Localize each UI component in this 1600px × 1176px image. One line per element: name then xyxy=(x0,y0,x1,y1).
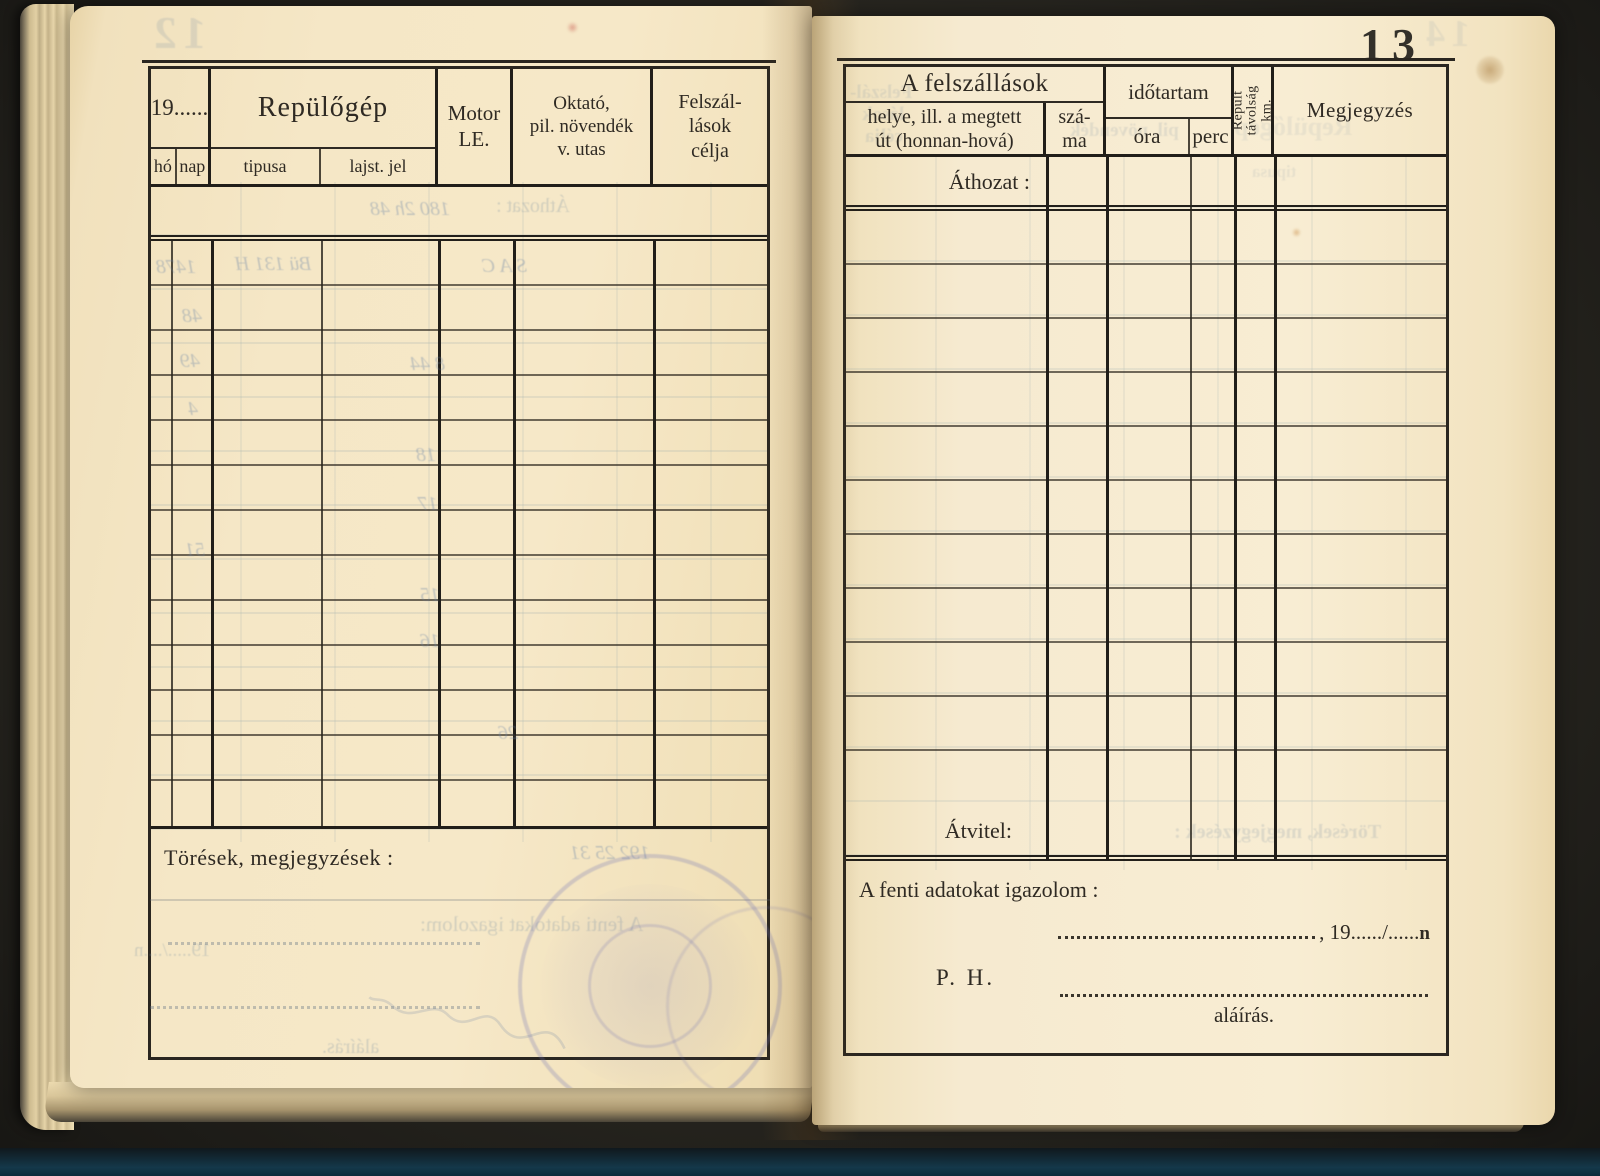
bleed-handwriting: 16 xyxy=(420,630,440,653)
page-right: 13 14 Felszál- lások célja pil. növendék… xyxy=(812,16,1555,1125)
place-line1: helye, ill. a megtett xyxy=(868,105,1022,129)
breakages-label: Törések, megjegyzések : xyxy=(164,845,394,871)
bleed-handwriting: 48 xyxy=(182,305,202,328)
logbook-row xyxy=(846,265,1446,319)
bleed-handwriting: S A C xyxy=(482,255,527,278)
logbook-row xyxy=(151,466,767,511)
distance-line2: távolság xyxy=(1245,66,1259,154)
logbook-row xyxy=(151,511,767,556)
right-table: A felszállások helye, ill. a megtett út … xyxy=(843,64,1449,1056)
stain-spot xyxy=(567,22,578,33)
logbook-row xyxy=(151,646,767,691)
logbook-row xyxy=(846,697,1446,751)
logbook-row xyxy=(151,421,767,466)
count-line2: ma xyxy=(1062,129,1086,153)
logbook-row xyxy=(846,751,1446,805)
left-carry-row: Áthozat : xyxy=(151,187,767,241)
logbook-row xyxy=(846,481,1446,535)
stain-spot xyxy=(1476,56,1504,84)
logbook-row xyxy=(846,373,1446,427)
logbook-row xyxy=(846,319,1446,373)
bleed-carry-label: Áthozat : xyxy=(496,195,570,218)
bleed-handwriting: 51 xyxy=(185,539,205,562)
right-table-header: A felszállások helye, ill. a megtett út … xyxy=(846,67,1446,157)
column-occupant: Oktató, pil. növendék v. utas xyxy=(513,69,653,184)
signature-label: aláírás. xyxy=(1060,1003,1428,1028)
stain-spot xyxy=(1292,228,1301,237)
column-purpose: Felszál- lások célja xyxy=(653,69,767,184)
logbook-row xyxy=(846,211,1446,265)
carry-forward-row: Áthozat : xyxy=(846,157,1446,211)
motor-hp-label: LE. xyxy=(459,127,490,153)
day-label: nap xyxy=(177,149,208,184)
page-stack-left-edge xyxy=(20,4,74,1130)
column-airplane: Repülőgép tipusa lajst. jel xyxy=(211,69,438,184)
logbook-row xyxy=(151,376,767,421)
left-table-header: 19...... hó nap Repülőgép tipusa lajst. … xyxy=(151,69,767,187)
logbook-row xyxy=(151,781,767,826)
minutes-label: perc xyxy=(1190,119,1231,154)
logbook-row xyxy=(151,556,767,601)
hours-label: óra xyxy=(1106,119,1190,154)
page-stack-bottom-left xyxy=(43,1082,815,1122)
bleed-handwriting: 26 xyxy=(498,722,518,745)
count-line1: szá- xyxy=(1058,105,1090,129)
occupant-line3: v. utas xyxy=(557,138,605,161)
purpose-line1: Felszál- xyxy=(678,90,741,114)
column-distance: Repült távolság km. xyxy=(1234,67,1274,154)
bleed-handwriting: 49 xyxy=(180,350,200,373)
bleed-handwriting: 4 xyxy=(188,398,198,421)
occupant-line2: pil. növendék xyxy=(530,115,633,138)
bleed-breakages-label: Törések, megjegyzések : xyxy=(1174,821,1381,844)
place-label: helye, ill. a megtett út (honnan-hová) xyxy=(846,103,1046,154)
column-remarks: Megjegyzés xyxy=(1274,67,1446,154)
logbook-row xyxy=(846,535,1446,589)
column-motor: Motor LE. xyxy=(438,69,513,184)
registration-label: lajst. jel xyxy=(321,149,435,184)
occupant-line1: Oktató, xyxy=(553,92,609,115)
takeoffs-subheader: helye, ill. a megtett út (honnan-hová) s… xyxy=(846,103,1103,154)
dotted-leader xyxy=(1058,919,1315,939)
logbook-row xyxy=(846,643,1446,697)
bleed-page-number-12: 12 xyxy=(148,6,206,59)
place-date-line: , 19....../......n xyxy=(1058,919,1430,945)
carry-forward-label: Áthozat : xyxy=(846,157,1046,205)
month-label: hó xyxy=(151,149,177,184)
bleed-page-number-14: 14 xyxy=(1420,16,1470,56)
date-text: , 19....../......n xyxy=(1319,920,1430,945)
remarks-label: Megjegyzés xyxy=(1307,98,1413,123)
logbook-row xyxy=(151,286,767,331)
bleed-handwriting: 8 44 xyxy=(410,353,445,376)
carry-over-label: Átvitel: xyxy=(846,805,1046,855)
type-label: tipusa xyxy=(211,149,321,184)
distance-label-rotated: Repült távolság km. xyxy=(1231,66,1274,154)
certification-section: A fenti adatokat igazolom : , 19....../.… xyxy=(846,861,1446,1053)
bleed-handwriting: 15 xyxy=(420,584,440,607)
logbook-row xyxy=(846,427,1446,481)
distance-line1: Repült xyxy=(1231,66,1245,154)
bleed-handwriting: 17 xyxy=(418,493,438,516)
carry-over-row: Átvitel: Törések, megjegyzések : xyxy=(846,805,1446,861)
logbook-row xyxy=(151,691,767,736)
bleed-handwriting: 18 xyxy=(416,444,436,467)
date-dots: , 19....../...... xyxy=(1319,920,1419,944)
page-left: 12 19...... hó nap Repülőgép tipusa lajs… xyxy=(70,6,812,1088)
column-duration: időtartam óra perc xyxy=(1106,67,1234,154)
logbook-row xyxy=(151,601,767,646)
motor-label: Motor xyxy=(448,101,501,127)
bleed-dotted-line xyxy=(168,942,480,945)
column-date: 19...... hó nap xyxy=(151,69,211,184)
year-label: 19...... xyxy=(151,69,208,149)
logbook-row xyxy=(151,736,767,781)
purpose-line3: célja xyxy=(691,139,729,163)
duration-subheader: óra perc xyxy=(1106,119,1231,154)
bleed-handwriting: 1478 xyxy=(156,256,196,279)
scanner-bed-strip xyxy=(0,1148,1600,1176)
airplane-label: Repülőgép xyxy=(211,69,435,149)
bleed-handwriting: Bü 131 H xyxy=(235,253,312,276)
date-subheader: hó nap xyxy=(151,149,208,184)
date-suffix: n xyxy=(1419,923,1430,944)
column-takeoffs: A felszállások helye, ill. a megtett út … xyxy=(846,67,1106,154)
count-label: szá- ma xyxy=(1046,103,1103,154)
certify-statement: A fenti adatokat igazolom : xyxy=(859,877,1099,903)
right-table-body xyxy=(846,211,1446,805)
signature-dotted-line xyxy=(1060,977,1428,997)
left-table-body xyxy=(151,241,767,826)
takeoffs-group-title: A felszállások xyxy=(846,67,1103,103)
logbook-scan: { "left_page": { "header": { "year_prefi… xyxy=(0,0,1600,1176)
logbook-row xyxy=(151,331,767,376)
place-line2: út (honnan-hová) xyxy=(875,129,1013,153)
logbook-row xyxy=(846,589,1446,643)
stamp-place-label: P. H. xyxy=(936,965,995,991)
purpose-line2: lások xyxy=(689,114,731,138)
airplane-subheader: tipusa lajst. jel xyxy=(211,149,435,184)
year-prefix: 19...... xyxy=(151,95,209,121)
bleed-handwriting: 180 2h 48 xyxy=(370,198,450,221)
distance-line3: km. xyxy=(1260,66,1274,154)
duration-label: időtartam xyxy=(1106,67,1231,119)
